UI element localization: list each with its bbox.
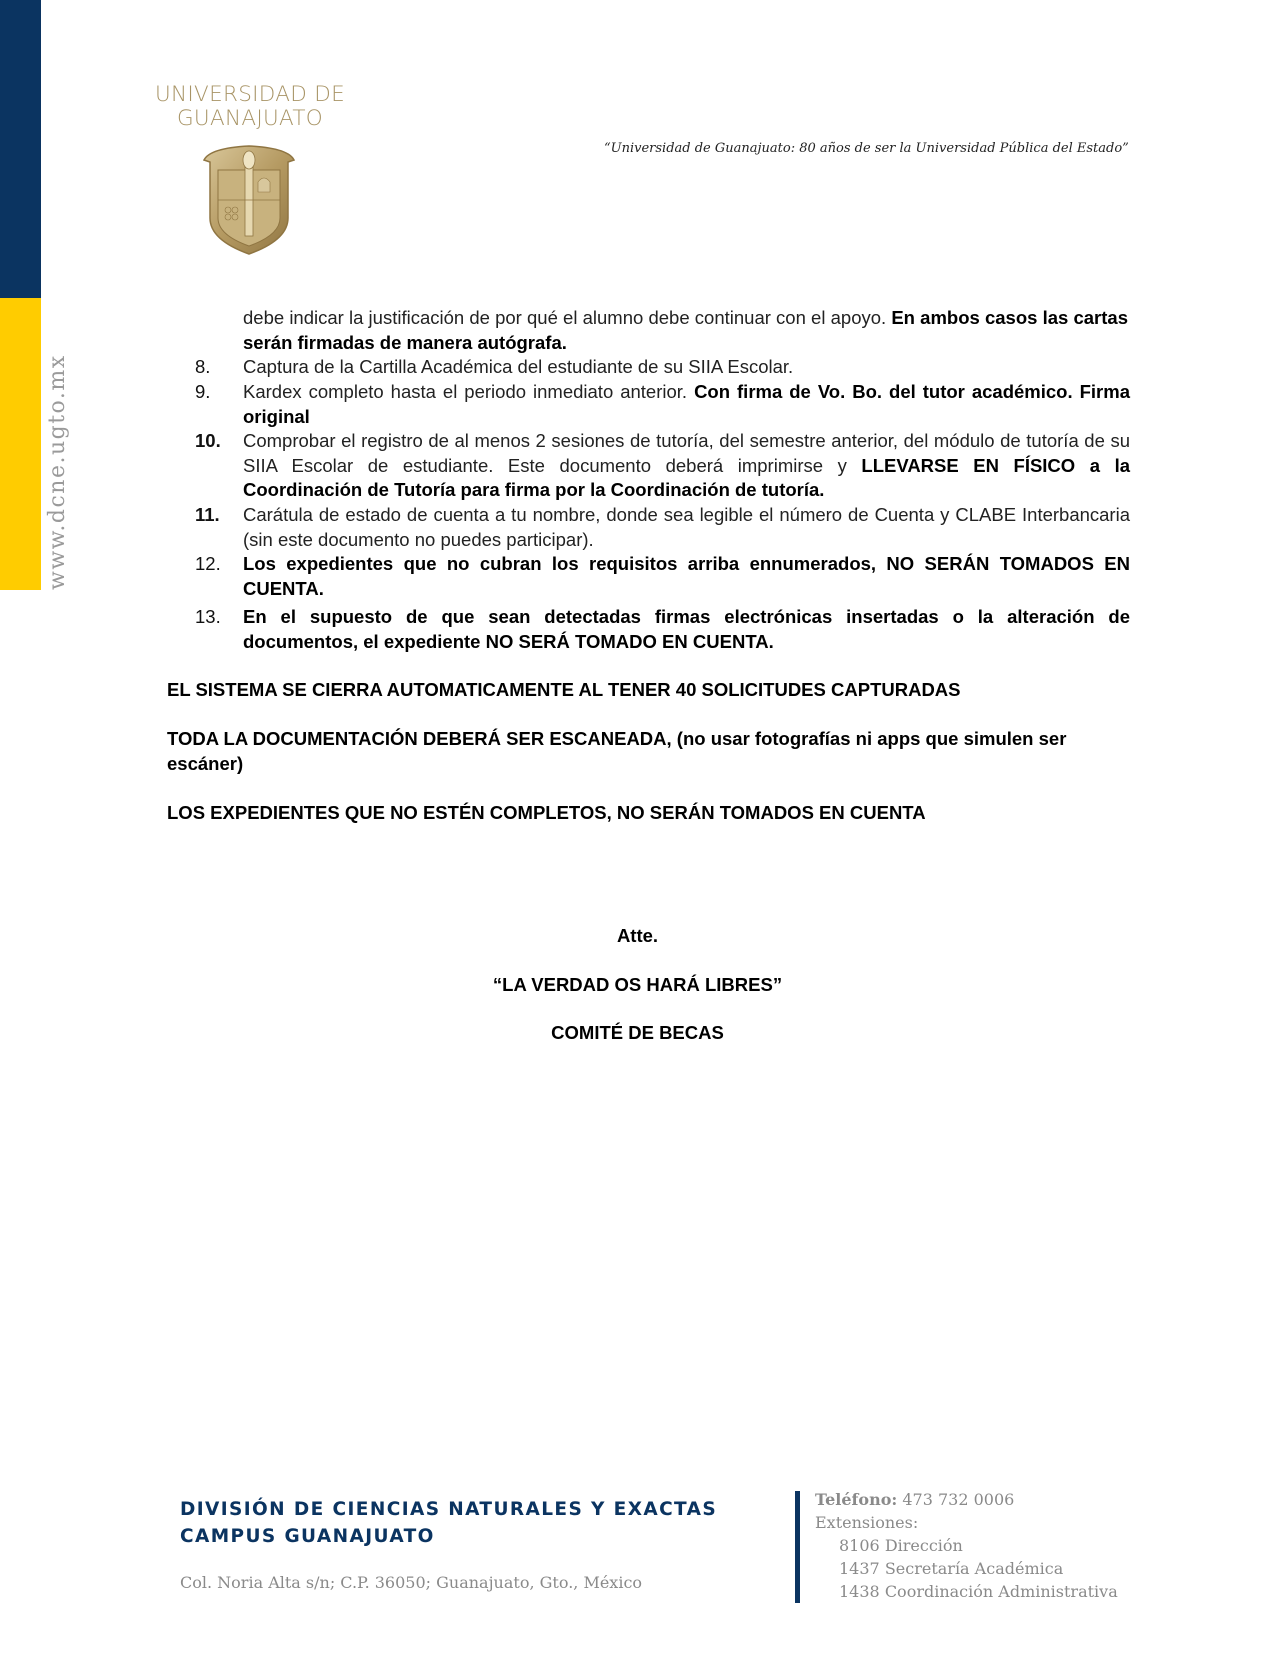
website-url: www.dcne.ugto.mx bbox=[45, 354, 70, 590]
extension-item: 8106 Dirección bbox=[815, 1534, 1118, 1557]
list-item: 9. Kardex completo hasta el periodo inme… bbox=[195, 380, 1130, 429]
extension-item: 1437 Secretaría Académica bbox=[815, 1557, 1118, 1580]
notice-incomplete-files: LOS EXPEDIENTES QUE NO ESTÉN COMPLETOS, … bbox=[167, 801, 1132, 826]
university-seal-icon bbox=[200, 140, 298, 258]
notice-scanned-docs: TODA LA DOCUMENTACIÓN DEBERÁ SER ESCANEA… bbox=[167, 727, 1132, 776]
footer-division: DIVISIÓN DE CIENCIAS NATURALES Y EXACTAS… bbox=[180, 1496, 717, 1550]
closing-atte: Atte. bbox=[0, 925, 1275, 947]
sidebar-blue-bar bbox=[0, 0, 41, 298]
closing-slogan: “LA VERDAD OS HARÁ LIBRES” bbox=[0, 974, 1275, 996]
extensions-label: Extensiones: bbox=[815, 1511, 1118, 1534]
footer-divider bbox=[795, 1491, 800, 1603]
notice-system-closes: EL SISTEMA SE CIERRA AUTOMATICAMENTE AL … bbox=[167, 678, 1132, 703]
division-name: DIVISIÓN DE CIENCIAS NATURALES Y EXACTAS bbox=[180, 1496, 717, 1523]
logo-line-2: GUANAJUATO bbox=[150, 107, 350, 131]
list-item: 12. Los expedientes que no cubran los re… bbox=[195, 552, 1130, 601]
continuation-paragraph: debe indicar la justificación de por qué… bbox=[243, 306, 1128, 355]
list-item: 11. Carátula de estado de cuenta a tu no… bbox=[195, 503, 1130, 552]
list-item: 8. Captura de la Cartilla Académica del … bbox=[195, 355, 1130, 380]
extension-item: 1438 Coordinación Administrativa bbox=[815, 1580, 1118, 1603]
list-item: 13. En el supuesto de que sean detectada… bbox=[195, 605, 1130, 654]
logo-line-1: UNIVERSIDAD DE bbox=[150, 83, 350, 107]
university-motto: “Universidad de Guanajuato: 80 años de s… bbox=[604, 141, 1129, 156]
list-item: 10. Comprobar el registro de al menos 2 … bbox=[195, 429, 1130, 503]
closing-signer: COMITÉ DE BECAS bbox=[0, 1022, 1275, 1044]
phone-number: 473 732 0006 bbox=[902, 1490, 1014, 1509]
university-logo-text: UNIVERSIDAD DE GUANAJUATO bbox=[150, 83, 350, 131]
footer-address: Col. Noria Alta s/n; C.P. 36050; Guanaju… bbox=[180, 1573, 642, 1592]
sidebar-yellow-bar bbox=[0, 298, 41, 590]
campus-name: CAMPUS GUANAJUATO bbox=[180, 1523, 717, 1550]
phone-label: Teléfono: bbox=[815, 1490, 897, 1509]
footer-contact: Teléfono: 473 732 0006 Extensiones: 8106… bbox=[815, 1488, 1118, 1603]
